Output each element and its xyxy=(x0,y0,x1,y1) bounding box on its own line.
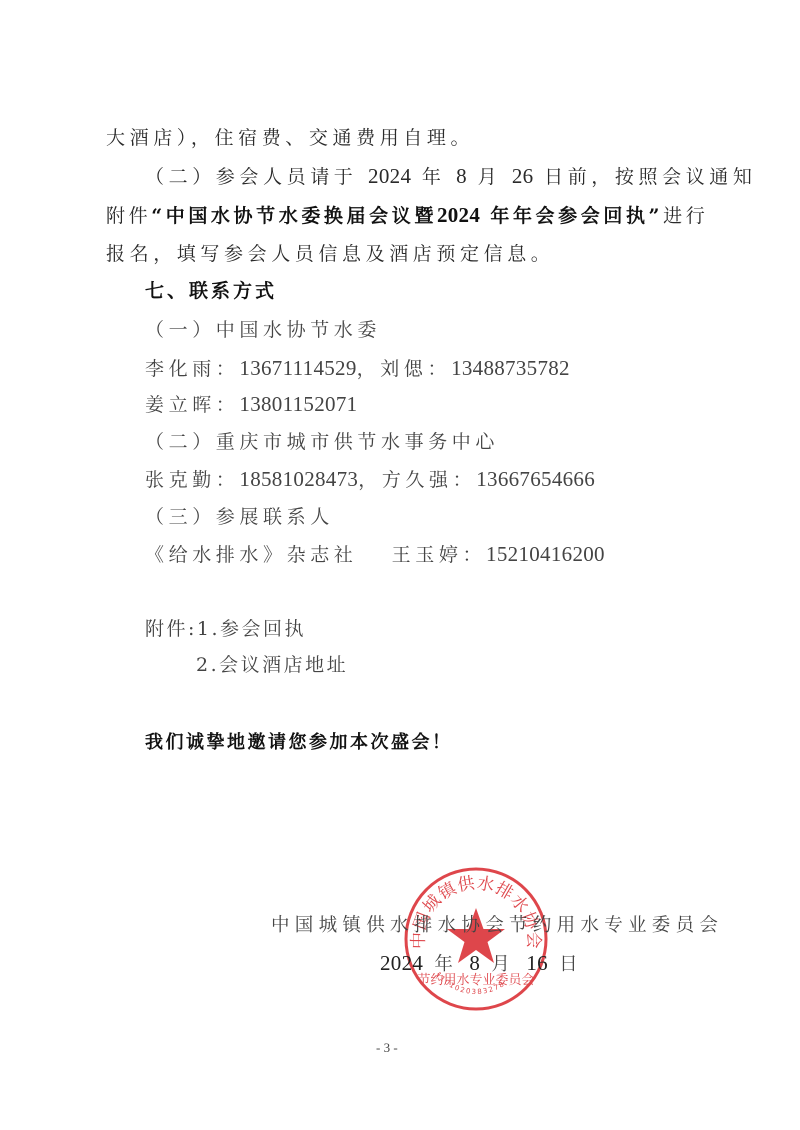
attachment-item: 1.参会回执 xyxy=(197,618,306,640)
attachment-item: 2.会议酒店地址 xyxy=(196,653,348,677)
closing-invitation: 我们诚挚地邀请您参加本次盛会！ xyxy=(145,731,453,755)
signature-organization: 中国城镇供水排水协会节约用水专业委员会 xyxy=(271,914,723,938)
phone-number: 13671114529 xyxy=(239,356,356,380)
phone-number: 15210416200 xyxy=(486,542,605,566)
contact-name: ，方久强： xyxy=(358,469,476,491)
text: 日 xyxy=(548,954,583,975)
date-month: 8 xyxy=(469,951,480,975)
text: 月 xyxy=(467,166,512,188)
signature-date: 2024 年 8 月 16 日 xyxy=(380,951,583,977)
phone-number: 13801152071 xyxy=(239,392,357,416)
paragraph-line-1: 大酒店），住宿费、交通费用自理。 xyxy=(106,126,474,150)
date-year: 2024 xyxy=(380,951,423,975)
contact-name: ，刘偲： xyxy=(357,358,451,380)
contact-group-1: （一）中国水协节水委 xyxy=(145,318,381,342)
text: 大酒店），住宿费、交通费用自理。 xyxy=(106,127,474,149)
phone-number: 13667654666 xyxy=(476,467,595,491)
paragraph-line-4: 报名，填写参会人员信息及酒店预定信息。 xyxy=(106,242,554,266)
attachments: 附件:1.参会回执 xyxy=(145,617,306,641)
contact-line: 《给水排水》杂志社 王玉婷：15210416200 xyxy=(145,542,605,567)
contact-group-2: （二）重庆市城市供节水事务中心 xyxy=(145,430,499,454)
text: 进行 xyxy=(663,205,708,227)
text: 报名，填写参会人员信息及酒店预定信息。 xyxy=(106,243,554,265)
contact-line: 李化雨：13671114529，刘偲：13488735782 xyxy=(145,356,570,381)
contact-line: 姜立晖：13801152071 xyxy=(145,392,357,417)
contact-name: 姜立晖： xyxy=(145,394,239,416)
section-heading: 七、联系方式 xyxy=(145,279,277,303)
contact-group-3: （三）参展联系人 xyxy=(145,505,334,529)
bold-year: 2024 xyxy=(437,203,480,227)
month: 8 xyxy=(456,164,467,188)
date-day: 16 xyxy=(526,951,548,975)
text: 附件 xyxy=(106,205,151,227)
text: （二）参会人员请于 xyxy=(145,166,368,188)
text: 年 xyxy=(423,954,469,975)
contact-name: 李化雨： xyxy=(145,358,239,380)
contact-line: 张克勤：18581028473，方久强：13667654666 xyxy=(145,467,595,492)
day: 26 xyxy=(512,164,534,188)
year: 2024 xyxy=(368,164,411,188)
bold-title: 年年会参会回执” xyxy=(480,205,663,227)
text: 日前，按照会议通知 xyxy=(533,166,756,188)
paragraph-line-3: 附件“中国水协节水委换届会议暨2024 年年会参会回执”进行 xyxy=(106,203,708,228)
contact-name: 张克勤： xyxy=(145,469,239,491)
phone-number: 13488735782 xyxy=(451,356,570,380)
paragraph-line-2: （二）参会人员请于 2024 年 8 月 26 日前，按照会议通知 xyxy=(145,164,757,189)
bold-title: “中国水协节水委换届会议暨 xyxy=(151,205,437,227)
phone-number: 18581028473 xyxy=(239,467,358,491)
text: 年 xyxy=(411,166,456,188)
attachments-label: 附件: xyxy=(145,618,197,640)
text: 月 xyxy=(480,954,526,975)
contact-name: 《给水排水》杂志社 王玉婷： xyxy=(145,544,486,566)
official-seal-icon: 中国城镇供水排水协会 节约用水专业委员会 1101020383278 xyxy=(403,866,549,1012)
page-number: - 3 - xyxy=(376,1040,398,1056)
